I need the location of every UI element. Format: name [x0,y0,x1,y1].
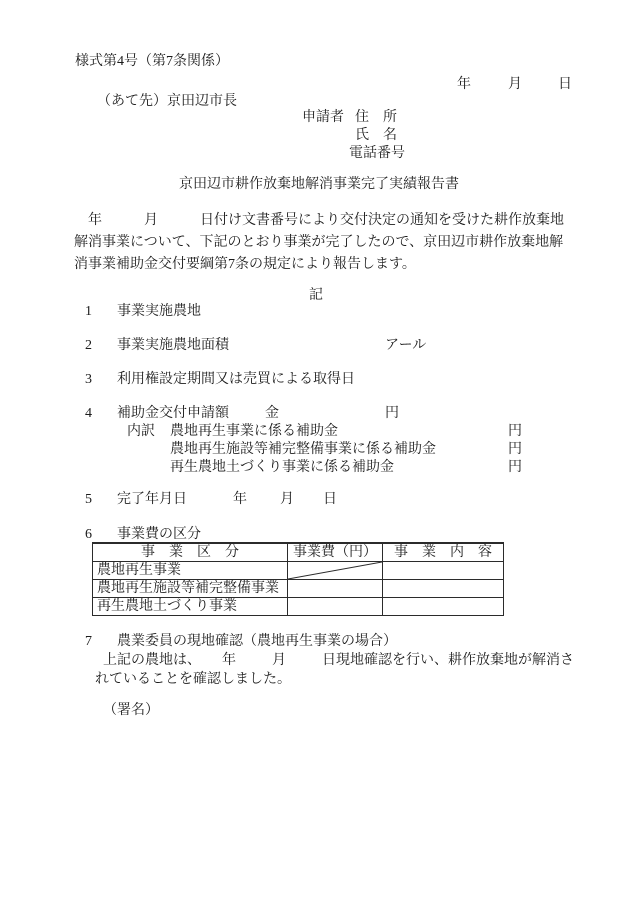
item-3-label: 利用権設定期間又は売買による取得日 [117,372,355,387]
item-3-number: 3 [85,372,117,388]
item-2-number: 2 [85,338,117,354]
item-4-yen-label: 円 [385,406,399,422]
item-2-unit-label: アール [385,338,426,354]
breakdown-label: 内訳 [127,424,155,439]
row-2-detail-cell [383,580,504,598]
expense-table-header-row: 事 業 区 分 事業費（円） 事 業 内 容 [93,543,504,562]
breakdown-row-2-label: 農地再生施設等補完整備事業に係る補助金 [170,442,436,458]
item-4-label: 補助金交付申請額 [117,406,229,421]
breakdown-row-2: 農地再生施設等補完整備事業に係る補助金 円 [127,442,630,458]
record-marker: 記 [309,288,323,304]
header-detail: 事 業 内 容 [383,543,504,562]
form-number: 様式第4号（第7条関係） [75,54,229,70]
item-7-label: 農業委員の現地確認（農地再生事業の場合） [117,634,397,649]
header-cost: 事業費（円） [288,543,383,562]
item-6-label: 事業費の区分 [117,527,201,542]
item-1-label: 事業実施農地 [117,304,201,319]
confirmation-prefix: 上記の農地は、 [103,653,201,668]
breakdown-row-3-yen: 円 [508,460,522,476]
item-5: 5完了年月日 年 月 日 [85,492,630,508]
breakdown-row-3: 再生農地土づくり事業に係る補助金 円 [127,460,630,476]
confirmation-line-2: れていることを確認しました。 [95,672,291,688]
row-3-category: 再生農地土づくり事業 [93,598,288,616]
paragraph-line-1: 年 月 日付け文書番号により交付決定の通知を受けた耕作放棄地 [74,213,564,229]
breakdown-row-1-label: 農地再生事業に係る補助金 [170,424,338,440]
date-month-label: 月 [508,77,522,93]
breakdown-row-2-yen: 円 [508,442,522,458]
applicant-label: 申請者 [302,110,344,126]
row-2-category: 農地再生施設等補完整備事業 [93,580,288,598]
breakdown-row-1: 内訳 農地再生事業に係る補助金 円 [127,424,630,440]
item-3: 3利用権設定期間又は売買による取得日 [85,372,355,388]
item-5-number: 5 [85,492,117,508]
item-2-label: 事業実施農地面積 [117,338,229,353]
document-title: 京田辺市耕作放棄地解消事業完了実績報告書 [179,177,459,193]
report-form-page: 様式第4号（第7条関係） 年 月 日 （あて先）京田辺市長 申請者 住 所 氏 … [0,0,630,903]
expense-table: 事 業 区 分 事業費（円） 事 業 内 容 農地再生事業 農地再生施設等補完整… [92,542,504,616]
table-row: 農地再生施設等補完整備事業 [93,580,504,598]
table-row: 再生農地土づくり事業 [93,598,504,616]
breakdown-row-3-label: 再生農地土づくり事業に係る補助金 [170,460,394,476]
diagonal-strike-icon [288,562,382,579]
applicant-name-line: 氏 名 [0,128,630,144]
item-5-year-label: 年 [233,492,247,508]
item-1: 1事業実施農地 [85,304,201,320]
confirmation-year-label: 年 [222,653,236,669]
item-7-number: 7 [85,634,117,650]
row-3-detail-cell [383,598,504,616]
item-5-month-label: 月 [280,492,294,508]
item-5-day-label: 日 [323,492,337,508]
confirmation-line-1: 上記の農地は、 年 月 日現地確認を行い、耕作放棄地が解消さ [103,653,630,669]
row-1-detail-cell [383,562,504,580]
row-3-cost-cell [288,598,383,616]
confirmation-month-label: 月 [272,653,286,669]
table-row: 農地再生事業 [93,562,504,580]
date-line: 年 月 日 [0,77,630,93]
applicant-line: 申請者 住 所 [0,110,630,126]
item-1-number: 1 [85,304,117,320]
applicant-address-label: 住 所 [355,110,397,126]
paragraph-line-2: 解消事業について、下記のとおり事業が完了したので、京田辺市耕作放棄地解 [74,235,563,251]
item-5-label: 完了年月日 [117,492,187,507]
header-category: 事 業 区 分 [93,543,288,562]
applicant-name-label: 氏 名 [355,128,397,144]
item-7: 7農業委員の現地確認（農地再生事業の場合） [85,634,397,650]
addressee: （あて先）京田辺市長 [97,94,237,110]
confirmation-tail: 日現地確認を行い、耕作放棄地が解消さ [322,653,574,669]
item-2: 2事業実施農地面積 アール [85,338,630,354]
signature-label: （署名） [103,703,159,719]
paragraph-line-3: 消事業補助金交付要綱第7条の規定により報告します。 [74,257,416,273]
item-6-number: 6 [85,527,117,543]
item-4-kin-label: 金 [265,406,279,422]
breakdown-row-1-yen: 円 [508,424,522,440]
item-4-number: 4 [85,406,117,422]
applicant-phone-line: 電話番号 [0,146,630,162]
date-day-label: 日 [558,77,572,93]
row-2-cost-cell [288,580,383,598]
date-year-label: 年 [457,77,471,93]
applicant-phone-label: 電話番号 [349,146,405,162]
row-1-cost-cell [288,562,383,580]
item-4: 4補助金交付申請額 金 円 [85,406,630,422]
item-6: 6事業費の区分 [85,527,201,543]
row-1-category: 農地再生事業 [93,562,288,580]
